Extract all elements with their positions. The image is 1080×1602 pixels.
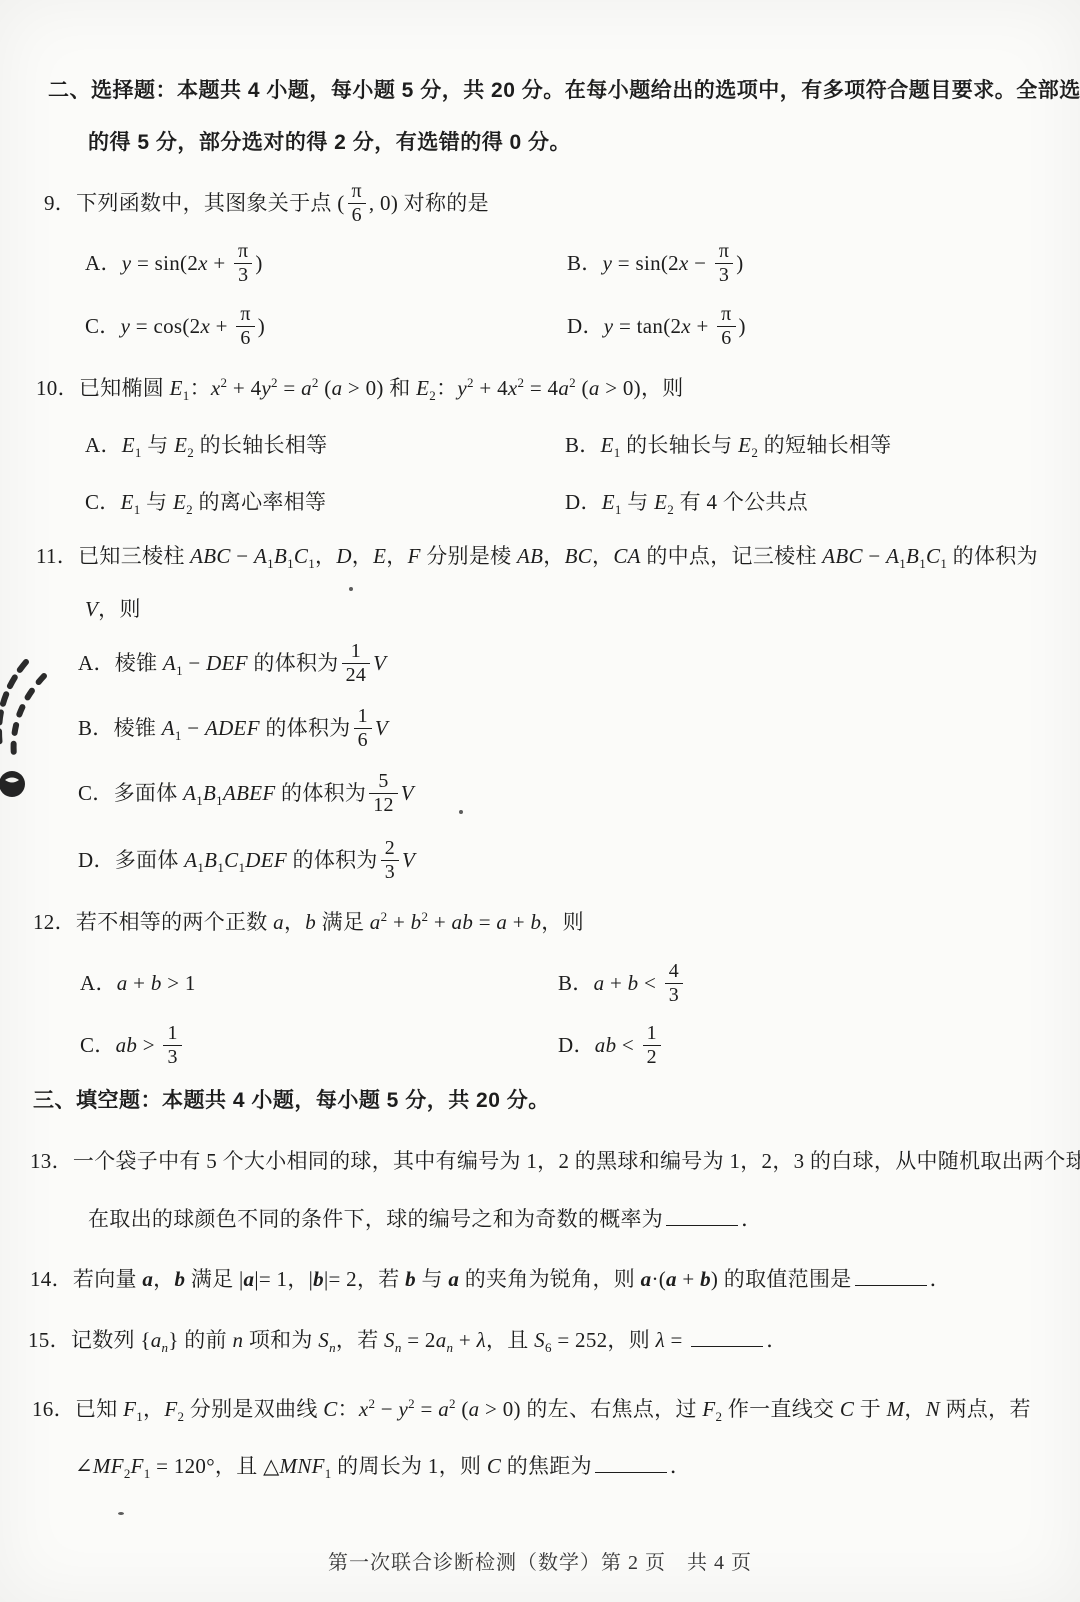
q12-option-a: A．a + b > 1 bbox=[80, 971, 196, 995]
q10-options-row2: C．E1 与 E2 的离心率相等 D．E1 与 E2 有 4 个公共点 bbox=[85, 487, 326, 525]
q14-line: 14．若向量 a，b 满足 |a|= 1，|b|= 2，若 b 与 a 的夹角为… bbox=[30, 1264, 951, 1294]
q9-options-row1: A．y = sin(2x + π3) B．y = sin(2x − π3) bbox=[85, 236, 263, 290]
scan-speck bbox=[349, 587, 353, 591]
scan-speck bbox=[118, 1512, 124, 1515]
q9-option-b: B．y = sin(2x − π3) bbox=[567, 236, 744, 290]
q11-option-b: B．棱锥 A1 − ADEF 的体积为16V bbox=[78, 701, 388, 763]
q12-stem: 12．若不相等的两个正数 a，b 满足 a2 + b2 + ab = a + b… bbox=[33, 902, 584, 937]
page-footer: 第一次联合诊断检测（数学）第 2 页 共 4 页 bbox=[0, 1546, 1080, 1575]
q11-stem-line2: V，则 bbox=[85, 594, 141, 624]
q10-options-row1: A．E1 与 E2 的长轴长相等 B．E1 的长轴长与 E2 的短轴长相等 bbox=[85, 430, 327, 468]
q12-option-d: D．ab < 12 bbox=[558, 1018, 664, 1072]
q10-option-b: B．E1 的长轴长与 E2 的短轴长相等 bbox=[565, 430, 891, 468]
q11-option-a: A．棱锥 A1 − DEF 的体积为124V bbox=[78, 636, 386, 698]
ink-stamp-icon bbox=[0, 658, 62, 822]
q12-option-c: C．ab > 13 bbox=[80, 1033, 185, 1057]
section-choice-heading-line1: 二、选择题：本题共 4 小题，每小题 5 分，共 20 分。在每小题给出的选项中… bbox=[48, 76, 1080, 106]
q13-line2: 在取出的球颜色不同的条件下，球的编号之和为奇数的概率为． bbox=[88, 1204, 762, 1234]
q10-option-c: C．E1 与 E2 的离心率相等 bbox=[85, 490, 326, 514]
q11-stem-line1: 11．已知三棱柱 ABC − A1B1C1，D，E，F 分别是棱 AB，BC，C… bbox=[36, 541, 1038, 579]
q12-options-row2: C．ab > 13 D．ab < 12 bbox=[80, 1018, 185, 1072]
q11-option-d: D．多面体 A1B1C1DEF 的体积为23V bbox=[78, 833, 415, 895]
q12-option-b: B．a + b < 43 bbox=[558, 956, 686, 1010]
q15-line: 15．记数列 {an} 的前 n 项和为 Sn，若 Sn = 2an + λ，且… bbox=[28, 1325, 788, 1363]
section-fill-heading: 三、填空题：本题共 4 小题，每小题 5 分，共 20 分。 bbox=[33, 1086, 550, 1116]
scanned-exam-screenshot: { "colors": {"paper": "#fbfbf9", "ink": … bbox=[0, 0, 1080, 1602]
q9-options-row2: C．y = cos(2x + π6) D．y = tan(2x + π6) bbox=[85, 299, 265, 353]
q10-option-a: A．E1 与 E2 的长轴长相等 bbox=[85, 433, 327, 457]
scan-speck bbox=[459, 810, 463, 814]
q9-stem: 9．下列函数中，其图象关于点 (π6, 0) 对称的是 bbox=[44, 176, 489, 230]
q13-line1: 13．一个袋子中有 5 个大小相同的球，其中有编号为 1，2 的黑球和编号为 1… bbox=[30, 1146, 1080, 1176]
q9-option-c: C．y = cos(2x + π6) bbox=[85, 314, 265, 338]
q12-options-row1: A．a + b > 1 B．a + b < 43 bbox=[80, 956, 196, 1010]
section-choice-heading-line2: 的得 5 分，部分选对的得 2 分，有选错的得 0 分。 bbox=[88, 128, 571, 158]
exam-page: 二、选择题：本题共 4 小题，每小题 5 分，共 20 分。在每小题给出的选项中… bbox=[0, 0, 1080, 1602]
q10-option-d: D．E1 与 E2 有 4 个公共点 bbox=[565, 487, 808, 525]
q16-line1: 16．已知 F1，F2 分别是双曲线 C：x2 − y2 = a2 (a > 0… bbox=[32, 1389, 1031, 1432]
q16-line2: ∠MF2F1 = 120°，且 △MNF1 的周长为 1，则 C 的焦距为． bbox=[75, 1451, 691, 1489]
q9-option-a: A．y = sin(2x + π3) bbox=[85, 251, 263, 275]
q11-option-c: C．多面体 A1B1ABEF 的体积为512V bbox=[78, 766, 414, 828]
q10-stem: 10．已知椭圆 E1：x2 + 4y2 = a2 (a > 0) 和 E2：y2… bbox=[36, 368, 684, 411]
q9-option-d: D．y = tan(2x + π6) bbox=[567, 299, 746, 353]
